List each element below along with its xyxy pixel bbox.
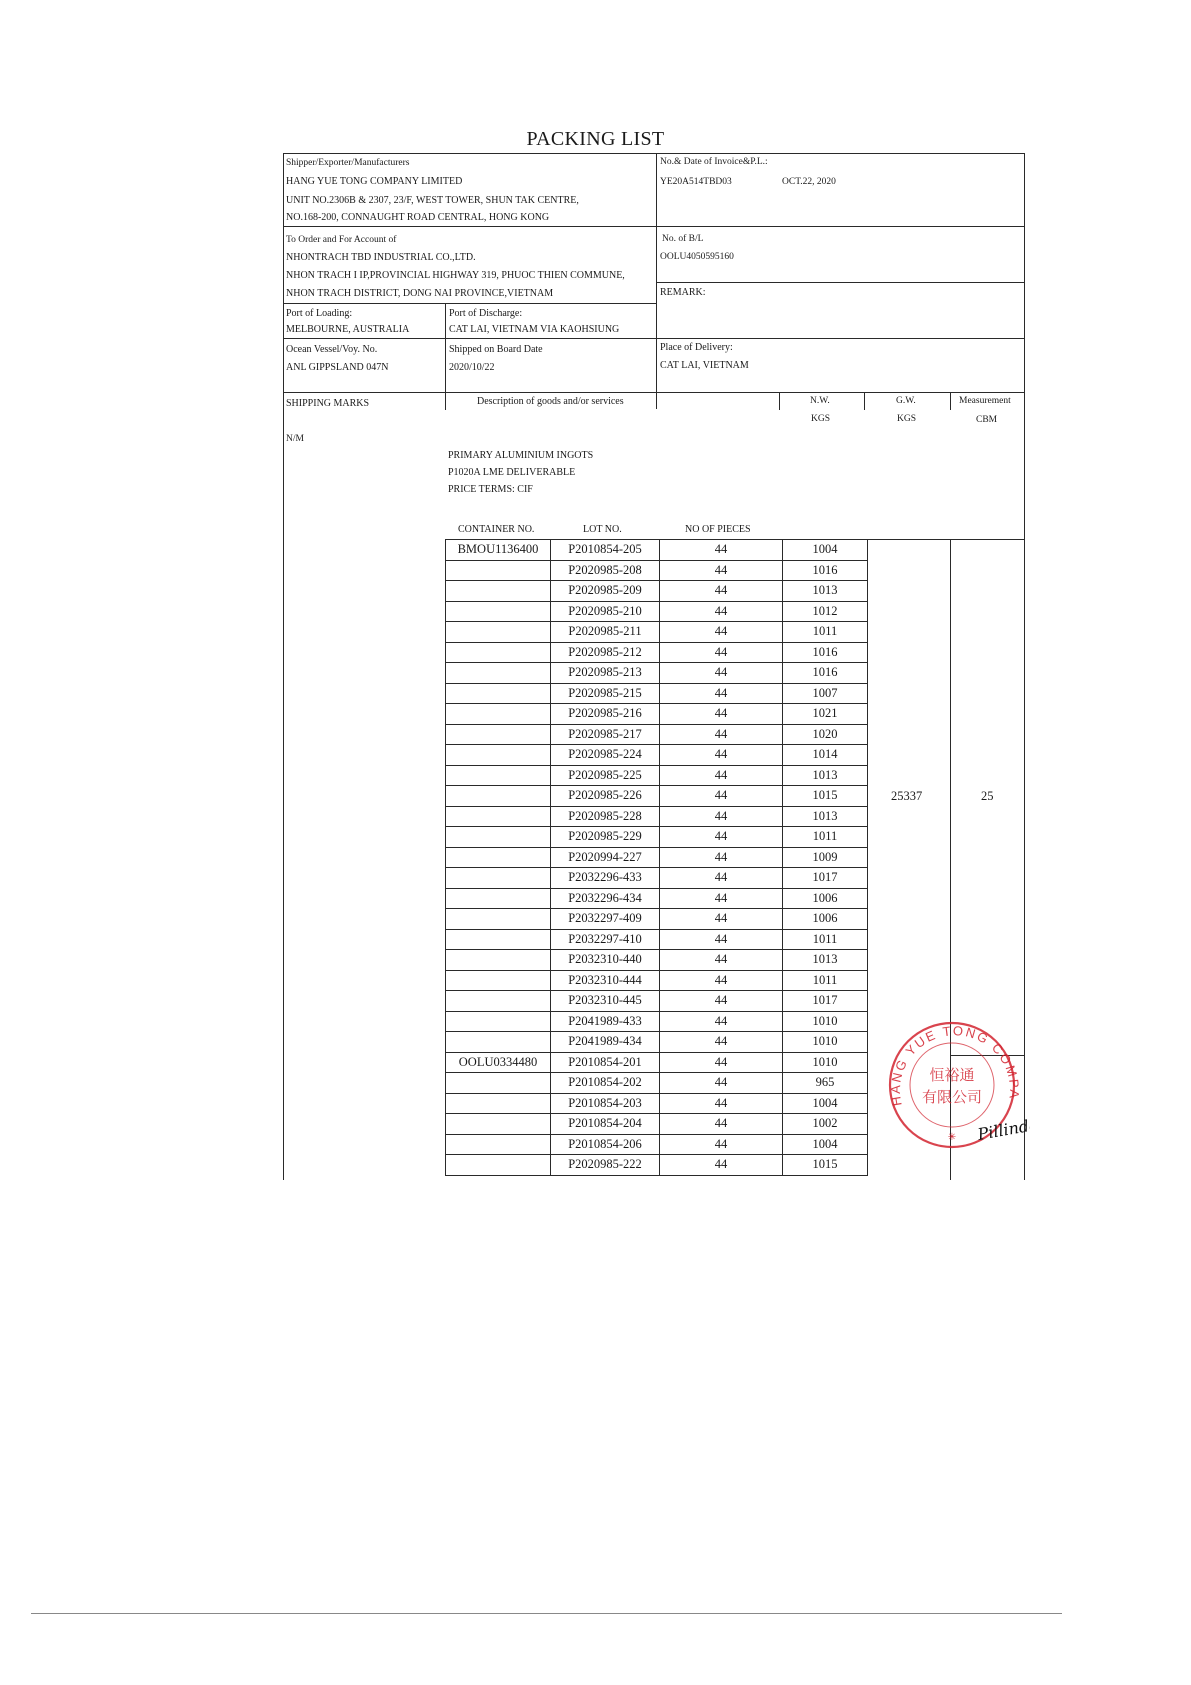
cell-container [446, 1114, 551, 1135]
cell-pieces: 44 [660, 704, 783, 725]
table-row: P2020985-215441007 [446, 683, 868, 704]
cell-nw: 1011 [783, 622, 868, 643]
col-gw: G.W. [896, 395, 916, 407]
table-row: P2020994-227441009 [446, 847, 868, 868]
table-row: P2010854-206441004 [446, 1134, 868, 1155]
invoice-date: OCT.22, 2020 [782, 176, 836, 188]
table-row: P2032310-440441013 [446, 950, 868, 971]
document-title: PACKING LIST [0, 128, 1191, 151]
cell-container [446, 663, 551, 684]
cell-pieces: 44 [660, 847, 783, 868]
consignee-label: To Order and For Account of [286, 234, 396, 246]
table-row: P2020985-224441014 [446, 745, 868, 766]
cell-pieces: 44 [660, 765, 783, 786]
vessel-label: Ocean Vessel/Voy. No. [286, 344, 377, 356]
cell-lot: P2010854-201 [551, 1052, 660, 1073]
goods-line-2: P1020A LME DELIVERABLE [448, 467, 575, 479]
divider [283, 226, 1025, 227]
cell-lot: P2020985-209 [551, 581, 660, 602]
delivery-label: Place of Delivery: [660, 342, 733, 354]
frame-top [283, 153, 1025, 154]
table-row: P2032296-434441006 [446, 888, 868, 909]
cell-pieces: 44 [660, 888, 783, 909]
cell-nw: 1012 [783, 601, 868, 622]
cell-lot: P2020985-226 [551, 786, 660, 807]
cell-container [446, 868, 551, 889]
table-row: P2032310-445441017 [446, 991, 868, 1012]
cell-nw: 965 [783, 1073, 868, 1094]
table-row: P2041989-433441010 [446, 1011, 868, 1032]
cell-nw: 1010 [783, 1032, 868, 1053]
cell-container: BMOU1136400 [446, 540, 551, 561]
cell-pieces: 44 [660, 929, 783, 950]
col-measurement-unit: CBM [976, 414, 997, 426]
cell-nw: 1016 [783, 642, 868, 663]
cell-nw: 1017 [783, 991, 868, 1012]
cell-lot: P2032310-444 [551, 970, 660, 991]
cell-pieces: 44 [660, 1032, 783, 1053]
consignee-address-2: NHON TRACH DISTRICT, DONG NAI PROVINCE,V… [286, 288, 553, 300]
cell-lot: P2020985-222 [551, 1155, 660, 1176]
mid-divider [656, 153, 657, 409]
cell-lot: P2032297-410 [551, 929, 660, 950]
goods-line-3: PRICE TERMS: CIF [448, 484, 533, 496]
cell-nw: 1006 [783, 888, 868, 909]
cell-pieces: 44 [660, 601, 783, 622]
divider [445, 303, 446, 392]
table-row: OOLU0334480P2010854-201441010 [446, 1052, 868, 1073]
table-row: P2020985-210441012 [446, 601, 868, 622]
cell-nw: 1014 [783, 745, 868, 766]
col-gw-unit: KGS [897, 413, 916, 425]
bl-number: OOLU4050595160 [660, 251, 734, 263]
cell-container [446, 581, 551, 602]
table-row: P2020985-229441011 [446, 827, 868, 848]
cell-nw: 1016 [783, 560, 868, 581]
table-row: P2020985-208441016 [446, 560, 868, 581]
invoice-number: YE20A514TBD03 [660, 176, 732, 188]
cell-lot: P2020994-227 [551, 847, 660, 868]
lot-header-pieces: NO OF PIECES [685, 524, 751, 535]
cell-pieces: 44 [660, 745, 783, 766]
cell-lot: P2041989-434 [551, 1032, 660, 1053]
table-row: BMOU1136400P2010854-205441004 [446, 540, 868, 561]
gw-total: 25337 [891, 790, 922, 802]
remark-label: REMARK: [660, 287, 706, 299]
col-shipping-marks: SHIPPING MARKS [286, 398, 369, 410]
cell-container [446, 847, 551, 868]
divider [283, 392, 1025, 393]
table-row: P2010854-20244965 [446, 1073, 868, 1094]
cell-lot: P2020985-216 [551, 704, 660, 725]
cell-lot: P2032297-409 [551, 909, 660, 930]
cell-nw: 1009 [783, 847, 868, 868]
lot-table: BMOU1136400P2010854-205441004P2020985-20… [445, 539, 868, 1176]
table-row: P2020985-213441016 [446, 663, 868, 684]
vessel-value: ANL GIPPSLAND 047N [286, 362, 388, 374]
cell-pieces: 44 [660, 806, 783, 827]
divider [779, 392, 780, 410]
cell-pieces: 44 [660, 581, 783, 602]
shipper-label: Shipper/Exporter/Manufacturers [286, 157, 409, 169]
cell-nw: 1011 [783, 827, 868, 848]
cell-nw: 1011 [783, 970, 868, 991]
table-row: P2020985-217441020 [446, 724, 868, 745]
divider [445, 392, 446, 410]
table-row: P2020985-216441021 [446, 704, 868, 725]
cell-nw: 1016 [783, 663, 868, 684]
cell-nw: 1004 [783, 540, 868, 561]
cell-lot: P2020985-211 [551, 622, 660, 643]
shipped-date-label: Shipped on Board Date [449, 344, 543, 356]
cell-lot: P2020985-208 [551, 560, 660, 581]
cell-container [446, 683, 551, 704]
divider [283, 303, 657, 304]
cell-lot: P2020985-212 [551, 642, 660, 663]
shipped-date-value: 2020/10/22 [449, 362, 495, 374]
cell-container [446, 745, 551, 766]
table-row: P2010854-203441004 [446, 1093, 868, 1114]
cell-nw: 1013 [783, 765, 868, 786]
cell-lot: P2010854-202 [551, 1073, 660, 1094]
table-row: P2032310-444441011 [446, 970, 868, 991]
divider [864, 392, 865, 410]
cell-container [446, 929, 551, 950]
cell-lot: P2010854-203 [551, 1093, 660, 1114]
table-row: P2020985-209441013 [446, 581, 868, 602]
cell-nw: 1013 [783, 950, 868, 971]
cell-container [446, 1134, 551, 1155]
port-discharge-value: CAT LAI, VIETNAM VIA KAOHSIUNG [449, 324, 619, 336]
cell-nw: 1017 [783, 868, 868, 889]
cell-pieces: 44 [660, 1134, 783, 1155]
cell-lot: P2041989-433 [551, 1011, 660, 1032]
cell-pieces: 44 [660, 1155, 783, 1176]
cell-pieces: 44 [660, 1073, 783, 1094]
company-stamp-icon: HANG YUE TONG COMPANY LIMITED 恒裕通 有限公司 ✳… [880, 1010, 1030, 1160]
cell-nw: 1007 [783, 683, 868, 704]
invoice-label: No.& Date of Invoice&P.L.: [660, 156, 768, 168]
cell-lot: P2032310-440 [551, 950, 660, 971]
table-row: P2020985-226441015 [446, 786, 868, 807]
cell-lot: P2010854-206 [551, 1134, 660, 1155]
cell-container [446, 601, 551, 622]
delivery-value: CAT LAI, VIETNAM [660, 360, 749, 372]
cell-lot: P2020985-228 [551, 806, 660, 827]
consignee-address-1: NHON TRACH I IP,PROVINCIAL HIGHWAY 319, … [286, 270, 625, 282]
cell-nw: 1013 [783, 806, 868, 827]
cell-container [446, 1011, 551, 1032]
cell-container [446, 950, 551, 971]
cell-nw: 1004 [783, 1093, 868, 1114]
bl-label: No. of B/L [662, 233, 703, 245]
cell-lot: P2020985-210 [551, 601, 660, 622]
col-measurement: Measurement [959, 395, 1011, 407]
port-loading-value: MELBOURNE, AUSTRALIA [286, 324, 409, 336]
divider [656, 282, 1025, 283]
cell-lot: P2010854-204 [551, 1114, 660, 1135]
cell-container [446, 560, 551, 581]
cell-pieces: 44 [660, 827, 783, 848]
cell-container [446, 991, 551, 1012]
cell-container [446, 622, 551, 643]
cell-pieces: 44 [660, 909, 783, 930]
cell-lot: P2010854-205 [551, 540, 660, 561]
col-nw: N.W. [810, 395, 830, 407]
frame-left [283, 153, 284, 1180]
cell-nw: 1010 [783, 1011, 868, 1032]
page-footer-line [31, 1613, 1062, 1614]
cell-container [446, 970, 551, 991]
cell-pieces: 44 [660, 622, 783, 643]
divider [864, 539, 1025, 540]
table-row: P2032297-410441011 [446, 929, 868, 950]
cell-nw: 1015 [783, 1155, 868, 1176]
cell-pieces: 44 [660, 1114, 783, 1135]
divider [950, 392, 951, 410]
table-row: P2020985-225441013 [446, 765, 868, 786]
cell-container [446, 786, 551, 807]
cell-pieces: 44 [660, 683, 783, 704]
cell-nw: 1004 [783, 1134, 868, 1155]
cell-lot: P2032296-434 [551, 888, 660, 909]
col-description: Description of goods and/or services [477, 396, 624, 408]
cell-pieces: 44 [660, 560, 783, 581]
cell-container [446, 806, 551, 827]
cell-nw: 1006 [783, 909, 868, 930]
cell-container [446, 1155, 551, 1176]
cell-nw: 1002 [783, 1114, 868, 1135]
cell-pieces: 44 [660, 1052, 783, 1073]
cell-container [446, 827, 551, 848]
cell-nw: 1010 [783, 1052, 868, 1073]
shipping-marks-value: N/M [286, 433, 304, 445]
table-row: P2010854-204441002 [446, 1114, 868, 1135]
table-row: P2041989-434441010 [446, 1032, 868, 1053]
cell-lot: P2020985-215 [551, 683, 660, 704]
cell-container [446, 1073, 551, 1094]
cell-nw: 1013 [783, 581, 868, 602]
cell-container [446, 724, 551, 745]
cell-pieces: 44 [660, 724, 783, 745]
cell-lot: P2032296-433 [551, 868, 660, 889]
svg-text:有限公司: 有限公司 [922, 1088, 982, 1106]
cell-pieces: 44 [660, 970, 783, 991]
cell-pieces: 44 [660, 950, 783, 971]
shipper-name: HANG YUE TONG COMPANY LIMITED [286, 176, 462, 188]
table-row: P2020985-228441013 [446, 806, 868, 827]
consignee-name: NHONTRACH TBD INDUSTRIAL CO.,LTD. [286, 252, 476, 264]
cell-pieces: 44 [660, 1093, 783, 1114]
port-discharge-label: Port of Discharge: [449, 308, 522, 320]
cell-nw: 1011 [783, 929, 868, 950]
cell-pieces: 44 [660, 642, 783, 663]
cell-container [446, 642, 551, 663]
table-row: P2020985-222441015 [446, 1155, 868, 1176]
cell-container [446, 704, 551, 725]
cell-lot: P2020985-229 [551, 827, 660, 848]
cell-container [446, 765, 551, 786]
table-row: P2020985-212441016 [446, 642, 868, 663]
shipper-address-1: UNIT NO.2306B & 2307, 23/F, WEST TOWER, … [286, 195, 579, 207]
cell-container: OOLU0334480 [446, 1052, 551, 1073]
svg-text:恒裕通: 恒裕通 [929, 1066, 974, 1084]
svg-text:✳: ✳ [948, 1132, 956, 1143]
measurement-total: 25 [981, 790, 994, 802]
table-row: P2020985-211441011 [446, 622, 868, 643]
cell-pieces: 44 [660, 663, 783, 684]
col-nw-unit: KGS [811, 413, 830, 425]
port-loading-label: Port of Loading: [286, 308, 352, 320]
cell-lot: P2032310-445 [551, 991, 660, 1012]
cell-container [446, 1032, 551, 1053]
cell-lot: P2020985-224 [551, 745, 660, 766]
cell-nw: 1021 [783, 704, 868, 725]
cell-pieces: 44 [660, 786, 783, 807]
cell-pieces: 44 [660, 540, 783, 561]
cell-lot: P2020985-217 [551, 724, 660, 745]
cell-container [446, 888, 551, 909]
divider [283, 338, 1025, 339]
table-row: P2032297-409441006 [446, 909, 868, 930]
cell-pieces: 44 [660, 868, 783, 889]
lot-header-lot: LOT NO. [583, 524, 622, 535]
goods-line-1: PRIMARY ALUMINIUM INGOTS [448, 450, 593, 462]
cell-nw: 1020 [783, 724, 868, 745]
cell-pieces: 44 [660, 991, 783, 1012]
cell-lot: P2020985-225 [551, 765, 660, 786]
lot-header-container: CONTAINER NO. [458, 524, 534, 535]
cell-lot: P2020985-213 [551, 663, 660, 684]
table-row: P2032296-433441017 [446, 868, 868, 889]
cell-container [446, 1093, 551, 1114]
cell-nw: 1015 [783, 786, 868, 807]
cell-pieces: 44 [660, 1011, 783, 1032]
shipper-address-2: NO.168-200, CONNAUGHT ROAD CENTRAL, HONG… [286, 212, 549, 224]
cell-container [446, 909, 551, 930]
